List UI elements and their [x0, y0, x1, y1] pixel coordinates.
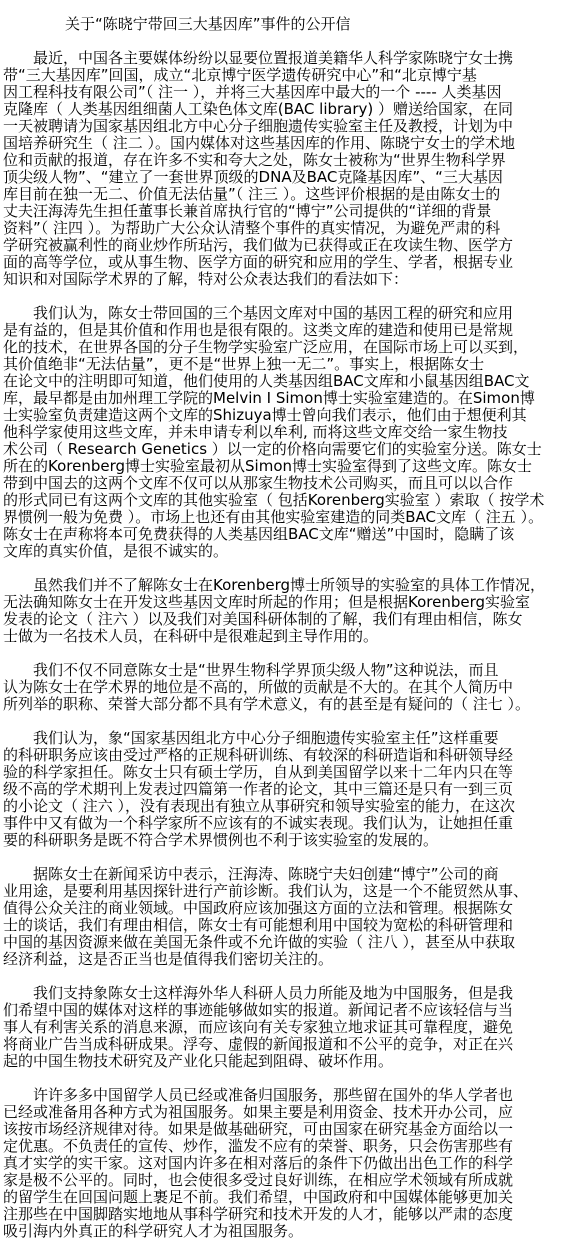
document-page: 关于“陈晓宁带回三大基因库”事件的公开信 最近，中国各主要媒体纷纷以显要位置报道…: [0, 0, 587, 1259]
letter-title: 关于“陈晓宁带回三大基因库”事件的公开信: [65, 16, 585, 33]
letter-paragraph: 我们支持象陈女士这样海外华人科研人员力所能及地为中国服务，但是我 们希望中国的媒…: [3, 985, 585, 1070]
letter-paragraph: 最近，中国各主要媒体纷纷以显要位置报道美籍华人科学家陈晓宁女士携 带“三大基因库…: [3, 50, 585, 288]
letter-paragraph: 我们不仅不同意陈女士是“世界生物科学界顶尖级人物”这种说法，而且 认为陈女士在学…: [3, 662, 585, 713]
letter-paragraph: 我们认为，陈女士带回国的三个基因文库对中国的基因工程的研究和应用 是有益的，但是…: [3, 305, 585, 560]
letter-paragraph: 虽然我们并不了解陈女士在Korenberg博士所领导的实验室的具体工作情况， 无…: [3, 577, 585, 645]
letter-paragraph: 许许多多中国留学人员已经或准备归国服务，那些留在国外的华人学者也 已经或准备用各…: [3, 1087, 585, 1240]
letter-paragraph: 我们认为，象“国家基因组北方中心分子细胞遗传实验室主任”这样重要 的科研职务应该…: [3, 730, 585, 849]
letter-body: 最近，中国各主要媒体纷纷以显要位置报道美籍华人科学家陈晓宁女士携 带“三大基因库…: [3, 50, 585, 1240]
letter-paragraph: 据陈女士在新闻采访中表示，汪海涛、陈晓宁夫妇创建“博宁”公司的商 业用途，是要利…: [3, 866, 585, 968]
